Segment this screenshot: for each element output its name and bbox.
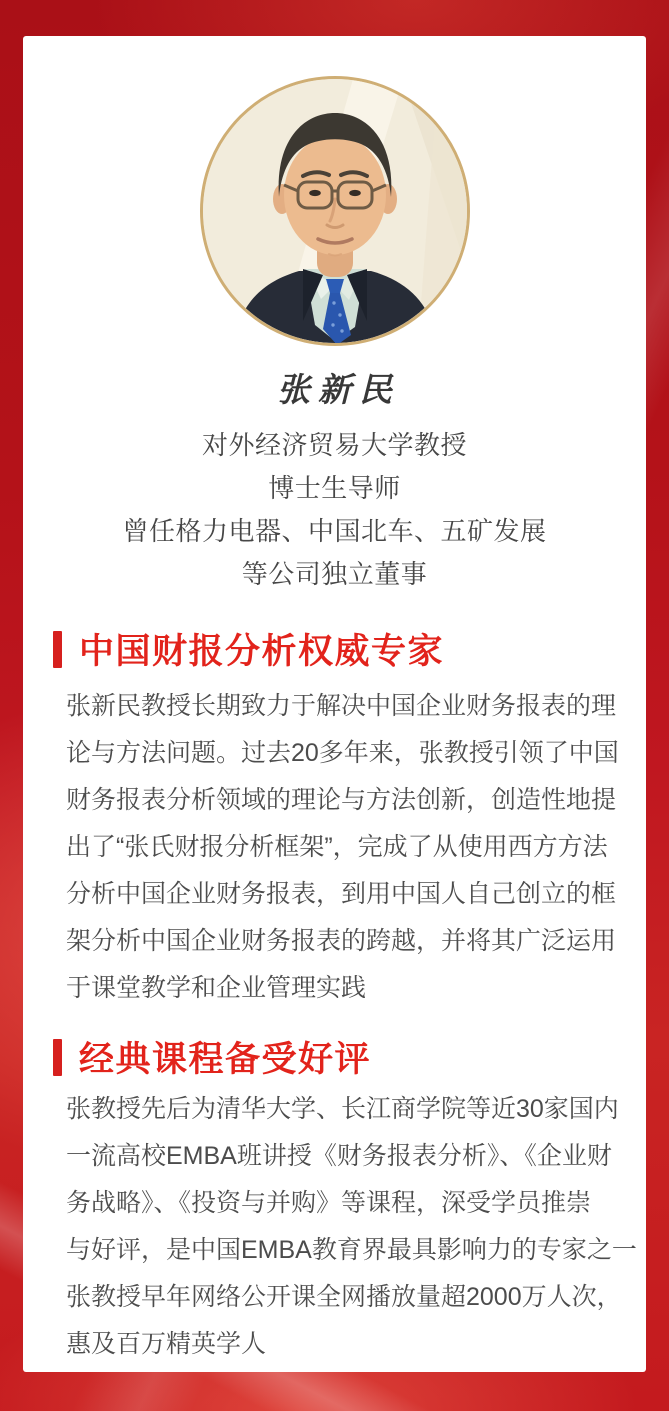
section-heading-expert: 中国财报分析权威专家: [53, 630, 444, 668]
title-line: 对外经济贸易大学教授: [23, 424, 646, 467]
body-line: 张新民教授长期致力于解决中国企业财务报表的理: [66, 683, 626, 730]
body-line: 惠及百万精英学人: [66, 1321, 626, 1368]
profile-card: 张新民 对外经济贸易大学教授 博士生导师 曾任格力电器、中国北车、五矿发展 等公…: [23, 36, 646, 1372]
body-line: 出了“张氏财报分析框架”，完成了从使用西方方法: [66, 824, 626, 871]
section-heading-text: 经典课程备受好评: [79, 1032, 371, 1082]
section-body-expert: 张新民教授长期致力于解决中国企业财务报表的理 论与方法问题。过去20多年来，张教…: [66, 683, 626, 1012]
section-heading-text: 中国财报分析权威专家: [79, 624, 444, 674]
title-line: 等公司独立董事: [23, 553, 646, 596]
section-body-courses: 张教授先后为清华大学、长江商学院等近30家国内 一流高校EMBA班讲授《财务报表…: [66, 1086, 626, 1368]
section-heading-courses: 经典课程备受好评: [53, 1038, 371, 1076]
body-line: 财务报表分析领域的理论与方法创新，创造性地提: [66, 777, 626, 824]
portrait-photo: [203, 79, 467, 343]
body-line: 务战略》、《投资与并购》等课程，深受学员推崇: [66, 1180, 626, 1227]
avatar: [200, 76, 470, 346]
red-silk-background: 张新民 对外经济贸易大学教授 博士生导师 曾任格力电器、中国北车、五矿发展 等公…: [0, 0, 669, 1411]
heading-accent-bar: [53, 631, 62, 668]
body-line: 一流高校EMBA班讲授《财务报表分析》、《企业财: [66, 1133, 626, 1180]
body-line: 张教授早年网络公开课全网播放量超2000万人次，: [66, 1274, 626, 1321]
title-line: 曾任格力电器、中国北车、五矿发展: [23, 510, 646, 553]
title-line: 博士生导师: [23, 467, 646, 510]
body-line: 张教授先后为清华大学、长江商学院等近30家国内: [66, 1086, 626, 1133]
person-name: 张新民: [23, 364, 646, 411]
body-line: 与好评，是中国EMBA教育界最具影响力的专家之一: [66, 1227, 626, 1274]
body-line: 架分析中国企业财务报表的跨越，并将其广泛运用: [66, 918, 626, 965]
heading-accent-bar: [53, 1039, 62, 1076]
body-line: 分析中国企业财务报表，到用中国人自己创立的框: [66, 871, 626, 918]
person-titles: 对外经济贸易大学教授 博士生导师 曾任格力电器、中国北车、五矿发展 等公司独立董…: [23, 424, 646, 596]
body-line: 论与方法问题。过去20多年来，张教授引领了中国: [66, 730, 626, 777]
body-line: 于课堂教学和企业管理实践: [66, 965, 626, 1012]
